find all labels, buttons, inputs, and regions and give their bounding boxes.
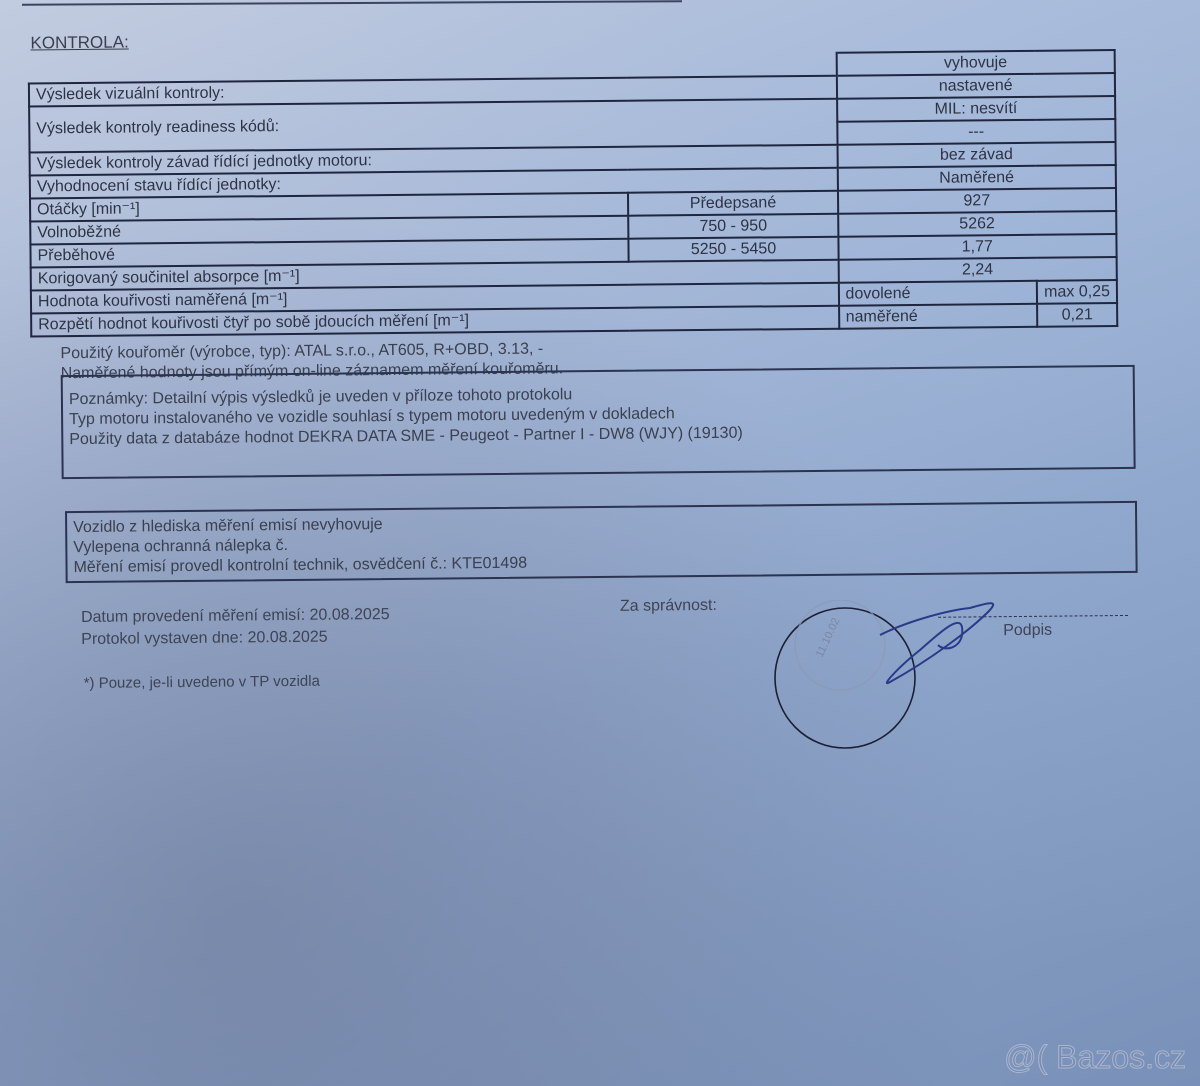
note-line: Poznámky: Detailní výpis výsledků je uve… bbox=[69, 386, 573, 409]
correctness-label: Za správnost: bbox=[620, 597, 717, 616]
section-heading: KONTROLA: bbox=[30, 33, 128, 54]
measurement-date: Datum provedení měření emisí: 20.08.2025 bbox=[81, 606, 390, 627]
footnote: *) Pouze, je-li uvedeno v TP vozidla bbox=[84, 673, 320, 692]
protocol-page: KONTROLA: vyhovuje Výsledek vizuální kon… bbox=[0, 0, 1200, 1086]
signature-icon bbox=[870, 590, 1010, 700]
signature-label: Podpis bbox=[1003, 622, 1052, 640]
notes-box: Poznámky: Detailní výpis výsledků je uve… bbox=[61, 365, 1136, 479]
control-table: vyhovuje Výsledek vizuální kontroly: nas… bbox=[28, 49, 1119, 337]
watermark-logo: @( Bazos.cz bbox=[1004, 1039, 1186, 1076]
note-line: Použity data z databáze hodnot DEKRA DAT… bbox=[69, 425, 743, 449]
result-line: Vozidlo z hlediska měření emisí nevyhovu… bbox=[73, 516, 383, 537]
result-box: Vozidlo z hlediska měření emisí nevyhovu… bbox=[65, 501, 1138, 583]
result-line: Měření emisí provedl kontrolní technik, … bbox=[73, 555, 527, 577]
smoke-meter-info: Použitý kouřoměr (výrobce, typ): ATAL s.… bbox=[60, 341, 543, 364]
issue-date: Protokol vystaven dne: 20.08.2025 bbox=[81, 629, 328, 649]
stamp-number: 11.10.02 bbox=[814, 616, 843, 659]
result-line: Vylepena ochranná nálepka č. bbox=[73, 537, 288, 557]
